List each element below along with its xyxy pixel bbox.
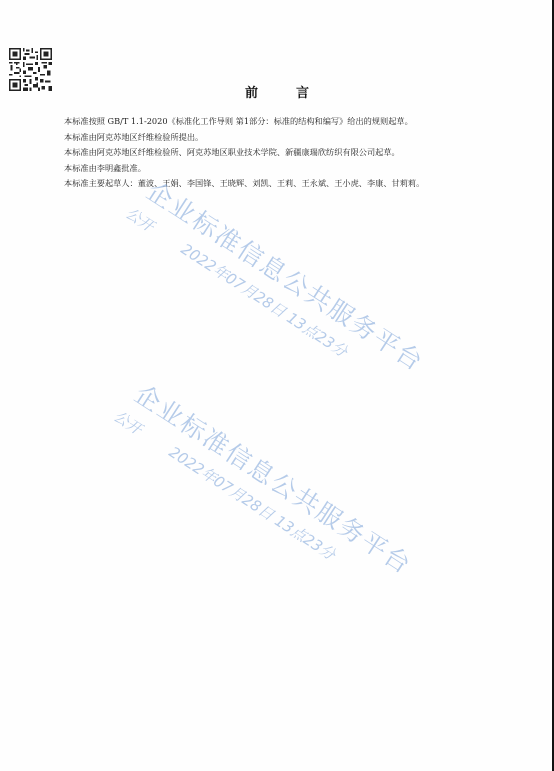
watermark-platform-text: 企业标准信息公共服务平台 [140,172,431,379]
title-char-2: 言 [296,82,309,101]
watermark-public-label: 公开 [110,407,145,438]
watermark-date: 2022年07月28日 13点23分 [166,443,339,564]
page-title: 前言 [0,82,554,101]
paragraph-drafting-units: 本标准由阿克苏地区纤维检验所、阿克苏地区职业技术学院、新疆康瑞欣纺织有限公司起草… [64,145,494,161]
title-char-1: 前 [245,82,258,101]
paragraph-approver: 本标准由李明鑫批准。 [64,161,494,177]
paragraph-drafting-rules: 本标准按照 GB/T 1.1-2020《标准化工作导则 第1部分：标准的结构和编… [64,114,494,130]
paragraph-proposer: 本标准由阿克苏地区纤维检验所提出。 [64,130,494,146]
watermark-1: 企业标准信息公共服务平台 公开2022年07月28日 13点23分 [127,172,432,400]
document-page: 前言 本标准按照 GB/T 1.1-2020《标准化工作导则 第1部分：标准的结… [0,0,552,771]
paragraph-drafters: 本标准主要起草人：董波、王娟、李国锋、王晓辉、刘凯、王莉、王永斌、王小虎、李康、… [64,176,490,192]
watermark-2: 企业标准信息公共服务平台 公开2022年07月28日 13点23分 [115,375,420,603]
watermark-platform-text: 企业标准信息公共服务平台 [128,375,419,582]
preface-body: 本标准按照 GB/T 1.1-2020《标准化工作导则 第1部分：标准的结构和编… [64,114,494,192]
watermark-date: 2022年07月28日 13点23分 [178,240,351,361]
watermark-public-label: 公开 [122,204,157,235]
